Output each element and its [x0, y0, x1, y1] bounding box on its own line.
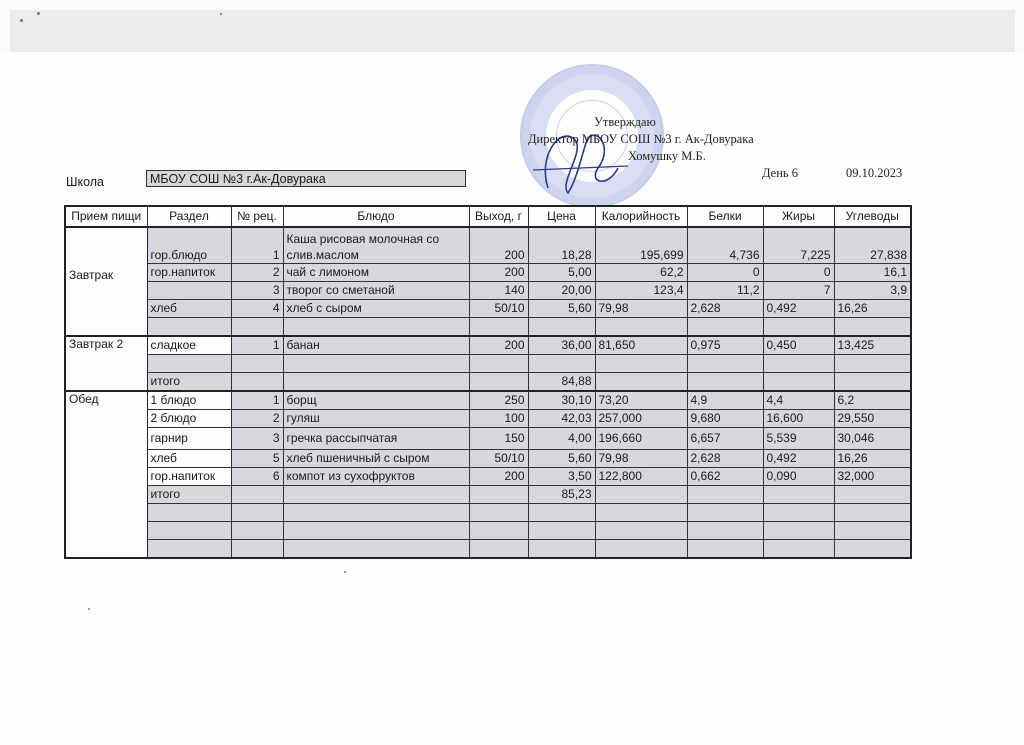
protein-cell	[687, 521, 763, 539]
fat-cell: 5,539	[763, 427, 834, 449]
header-yield: Выход, г	[469, 206, 528, 227]
calories-cell: 196,660	[595, 427, 687, 449]
header-calories: Калорийность	[595, 206, 687, 227]
dish-line: Каша рисовая молочная со	[287, 231, 466, 247]
section-cell	[147, 317, 231, 336]
header-dish: Блюдо	[283, 206, 469, 227]
table-header-row: Прием пищи Раздел № рец. Блюдо Выход, г …	[65, 206, 911, 227]
carbs-cell	[834, 521, 911, 539]
carbs-cell	[834, 372, 911, 391]
carbs-cell: 3,9	[834, 281, 911, 299]
price-cell: 5,60	[528, 449, 595, 467]
section-cell	[147, 281, 231, 299]
calories-cell	[595, 485, 687, 503]
approval-name: Хомушку М.Б.	[628, 148, 706, 165]
recipe-no-cell	[231, 372, 283, 391]
price-cell: 85,23	[528, 485, 595, 503]
price-cell: 3,50	[528, 467, 595, 485]
section-cell: 2 блюдо	[147, 409, 231, 427]
yield-cell: 200	[469, 227, 528, 263]
carbs-cell	[834, 317, 911, 336]
yield-cell: 100	[469, 409, 528, 427]
price-cell: 84,88	[528, 372, 595, 391]
table-row: Завтракгор.блюдо1Каша рисовая молочная с…	[65, 227, 911, 263]
protein-cell	[687, 539, 763, 558]
section-cell	[147, 521, 231, 539]
carbs-cell: 27,838	[834, 227, 911, 263]
dish-cell: компот из сухофруктов	[283, 467, 469, 485]
carbs-cell	[834, 485, 911, 503]
carbs-cell: 30,046	[834, 427, 911, 449]
recipe-no-cell	[231, 354, 283, 372]
table-row: Обед1 блюдо1борщ25030,1073,204,94,46,2	[65, 391, 911, 410]
calories-cell: 123,4	[595, 281, 687, 299]
section-cell: хлеб	[147, 299, 231, 317]
dish-cell	[283, 521, 469, 539]
calories-cell: 122,800	[595, 467, 687, 485]
protein-cell: 0,975	[687, 336, 763, 355]
table-row: хлеб4хлеб с сыром50/105,6079,982,6280,49…	[65, 299, 911, 317]
protein-cell: 9,680	[687, 409, 763, 427]
section-cell: гор.напиток	[147, 467, 231, 485]
carbs-cell: 16,26	[834, 299, 911, 317]
yield-cell	[469, 354, 528, 372]
section-cell: гор.блюдо	[147, 227, 231, 263]
dish-cell: Каша рисовая молочная сослив.маслом	[283, 227, 469, 263]
fat-cell: 7,225	[763, 227, 834, 263]
table-row	[65, 354, 911, 372]
price-cell	[528, 503, 595, 521]
protein-cell: 11,2	[687, 281, 763, 299]
scan-speck	[37, 12, 40, 15]
dish-line: слив.маслом	[287, 247, 466, 263]
calories-cell: 257,000	[595, 409, 687, 427]
carbs-cell: 13,425	[834, 336, 911, 355]
yield-cell: 140	[469, 281, 528, 299]
dish-cell: хлеб с сыром	[283, 299, 469, 317]
table-row: итого84,88	[65, 372, 911, 391]
price-cell: 42,03	[528, 409, 595, 427]
carbs-cell: 16,1	[834, 263, 911, 281]
header-fat: Жиры	[763, 206, 834, 227]
fat-cell	[763, 354, 834, 372]
scan-speck	[88, 608, 90, 610]
fat-cell: 0,450	[763, 336, 834, 355]
dish-cell	[283, 354, 469, 372]
protein-cell: 2,628	[687, 299, 763, 317]
recipe-no-cell: 1	[231, 336, 283, 355]
table-row: гор.напиток6компот из сухофруктов2003,50…	[65, 467, 911, 485]
recipe-no-cell: 3	[231, 281, 283, 299]
dish-cell	[283, 317, 469, 336]
recipe-no-cell	[231, 521, 283, 539]
scan-speck	[344, 571, 346, 573]
table-row: гарнир3 гречка рассыпчатая1504,00196,660…	[65, 427, 911, 449]
yield-cell: 200	[469, 336, 528, 355]
carbs-cell	[834, 354, 911, 372]
carbs-cell: 16,26	[834, 449, 911, 467]
calories-cell: 195,699	[595, 227, 687, 263]
calories-cell	[595, 503, 687, 521]
yield-cell	[469, 503, 528, 521]
protein-cell	[687, 354, 763, 372]
calories-cell: 81,650	[595, 336, 687, 355]
protein-cell	[687, 372, 763, 391]
recipe-no-cell: 6	[231, 467, 283, 485]
recipe-no-cell: 1	[231, 227, 283, 263]
header-meal: Прием пищи	[65, 206, 147, 227]
table-row: Завтрак 2сладкое1банан20036,0081,6500,97…	[65, 336, 911, 355]
dish-cell: творог со сметаной	[283, 281, 469, 299]
approval-heading: Утверждаю	[594, 114, 656, 131]
recipe-no-cell: 2	[231, 409, 283, 427]
calories-cell	[595, 317, 687, 336]
dish-cell: гуляш	[283, 409, 469, 427]
protein-cell: 4,9	[687, 391, 763, 410]
yield-cell	[469, 521, 528, 539]
fat-cell: 0,492	[763, 449, 834, 467]
carbs-cell	[834, 539, 911, 558]
dish-cell: чай с лимоном	[283, 263, 469, 281]
recipe-no-cell: 1	[231, 391, 283, 410]
school-name-field: МБОУ СОШ №3 г.Ак-Довурака	[146, 170, 466, 187]
yield-cell: 200	[469, 467, 528, 485]
dish-cell	[283, 539, 469, 558]
carbs-cell: 32,000	[834, 467, 911, 485]
header-carbs: Углеводы	[834, 206, 911, 227]
price-cell: 20,00	[528, 281, 595, 299]
price-cell	[528, 521, 595, 539]
scan-speck	[20, 19, 23, 22]
section-cell: 1 блюдо	[147, 391, 231, 410]
protein-cell	[687, 317, 763, 336]
meal-breakfast2: Завтрак 2	[65, 336, 147, 391]
table-row: гор.напиток2чай с лимоном2005,0062,20016…	[65, 263, 911, 281]
calories-cell	[595, 372, 687, 391]
price-cell: 5,60	[528, 299, 595, 317]
protein-cell: 4,736	[687, 227, 763, 263]
fat-cell: 0,090	[763, 467, 834, 485]
protein-cell: 2,628	[687, 449, 763, 467]
dish-cell: гречка рассыпчатая	[283, 427, 469, 449]
fat-cell: 0	[763, 263, 834, 281]
section-cell	[147, 354, 231, 372]
recipe-no-cell: 5	[231, 449, 283, 467]
scan-speck	[220, 13, 222, 15]
section-cell: итого	[147, 372, 231, 391]
fat-cell	[763, 317, 834, 336]
fat-cell	[763, 503, 834, 521]
yield-cell	[469, 317, 528, 336]
table-row	[65, 317, 911, 336]
fat-cell	[763, 372, 834, 391]
date-label: 09.10.2023	[846, 166, 902, 181]
dish-cell: банан	[283, 336, 469, 355]
calories-cell: 79,98	[595, 299, 687, 317]
protein-cell: 6,657	[687, 427, 763, 449]
price-cell: 30,10	[528, 391, 595, 410]
recipe-no-cell	[231, 485, 283, 503]
yield-cell	[469, 372, 528, 391]
school-label: Школа	[66, 175, 104, 189]
price-cell: 18,28	[528, 227, 595, 263]
calories-cell: 62,2	[595, 263, 687, 281]
scan-top-band	[10, 10, 1015, 52]
section-cell: итого	[147, 485, 231, 503]
protein-cell	[687, 485, 763, 503]
yield-cell: 150	[469, 427, 528, 449]
carbs-cell	[834, 503, 911, 521]
table-row: хлеб5хлеб пшеничный с сыром50/105,6079,9…	[65, 449, 911, 467]
price-cell	[528, 354, 595, 372]
table-row	[65, 521, 911, 539]
fat-cell: 4,4	[763, 391, 834, 410]
yield-cell	[469, 539, 528, 558]
carbs-cell: 6,2	[834, 391, 911, 410]
header-price: Цена	[528, 206, 595, 227]
calories-cell: 79,98	[595, 449, 687, 467]
day-label: День 6	[762, 166, 798, 181]
dish-cell: борщ	[283, 391, 469, 410]
dish-cell	[283, 503, 469, 521]
fat-cell	[763, 521, 834, 539]
price-cell: 5,00	[528, 263, 595, 281]
section-cell	[147, 539, 231, 558]
yield-cell: 200	[469, 263, 528, 281]
yield-cell: 250	[469, 391, 528, 410]
section-cell: сладкое	[147, 336, 231, 355]
price-cell	[528, 539, 595, 558]
calories-cell	[595, 354, 687, 372]
recipe-no-cell	[231, 503, 283, 521]
fat-cell: 16,600	[763, 409, 834, 427]
header-section: Раздел	[147, 206, 231, 227]
yield-cell: 50/10	[469, 299, 528, 317]
price-cell: 36,00	[528, 336, 595, 355]
recipe-no-cell: 4	[231, 299, 283, 317]
dish-cell: хлеб пшеничный с сыром	[283, 449, 469, 467]
section-cell: гарнир	[147, 427, 231, 449]
recipe-no-cell: 3	[231, 427, 283, 449]
price-cell	[528, 317, 595, 336]
protein-cell: 0	[687, 263, 763, 281]
table-row: итого85,23	[65, 485, 911, 503]
meal-breakfast: Завтрак	[65, 227, 147, 336]
header-recipe-no: № рец.	[231, 206, 283, 227]
table-row	[65, 503, 911, 521]
approval-position: Директор МБОУ СОШ №3 г. Ак-Довурака	[528, 131, 754, 148]
recipe-no-cell: 2	[231, 263, 283, 281]
recipe-no-cell	[231, 539, 283, 558]
section-cell	[147, 503, 231, 521]
recipe-no-cell	[231, 317, 283, 336]
fat-cell	[763, 485, 834, 503]
yield-cell: 50/10	[469, 449, 528, 467]
dish-cell	[283, 485, 469, 503]
table-row	[65, 539, 911, 558]
table-row: 2 блюдо2гуляш10042,03257,0009,68016,6002…	[65, 409, 911, 427]
calories-cell	[595, 539, 687, 558]
protein-cell	[687, 503, 763, 521]
menu-table: Прием пищи Раздел № рец. Блюдо Выход, г …	[64, 205, 912, 559]
calories-cell	[595, 521, 687, 539]
dish-cell	[283, 372, 469, 391]
table-row: 3творог со сметаной14020,00123,411,273,9	[65, 281, 911, 299]
fat-cell	[763, 539, 834, 558]
carbs-cell: 29,550	[834, 409, 911, 427]
protein-cell: 0,662	[687, 467, 763, 485]
price-cell: 4,00	[528, 427, 595, 449]
fat-cell: 0,492	[763, 299, 834, 317]
yield-cell	[469, 485, 528, 503]
meal-lunch: Обед	[65, 391, 147, 558]
header-protein: Белки	[687, 206, 763, 227]
section-cell: гор.напиток	[147, 263, 231, 281]
fat-cell: 7	[763, 281, 834, 299]
calories-cell: 73,20	[595, 391, 687, 410]
section-cell: хлеб	[147, 449, 231, 467]
